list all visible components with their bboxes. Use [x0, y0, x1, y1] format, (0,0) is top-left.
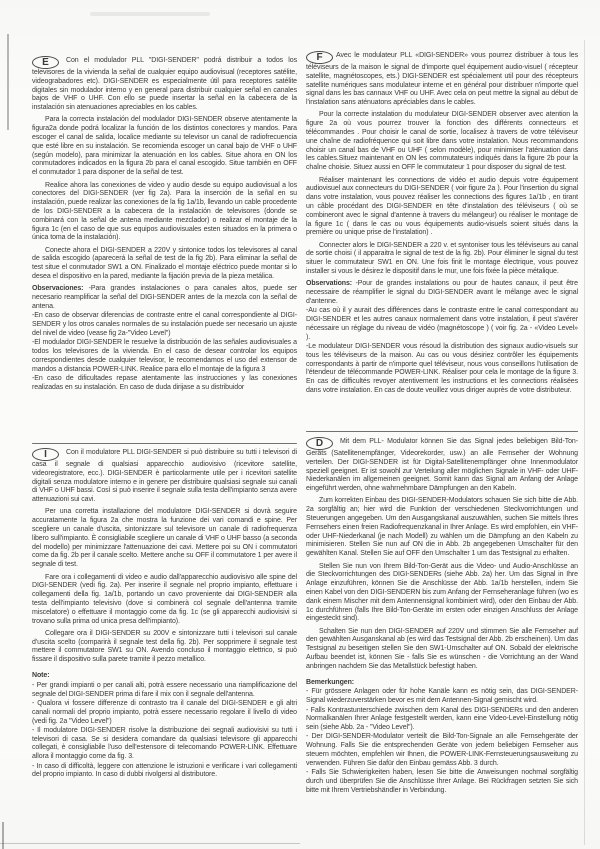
language-letter: I [44, 449, 47, 460]
note-item: - Für grössere Anlagen oder für hohe Kan… [306, 688, 578, 706]
scan-artifact-left-edge-bottom [2, 822, 4, 849]
note-item: - Der DIGI-SENDER-Modulator verteilt die… [306, 733, 578, 768]
section-spanish: ECon el modulador PLL "DIGI-SENDER" podr… [32, 56, 297, 393]
observations-paragraph: Observations: -Pour de grandes instalati… [306, 280, 578, 306]
observations-paragraph: Observaciones: -Para grandes instalacion… [32, 285, 297, 311]
paragraph-text: Con il modulatore PLL DIGI-SENDER si può… [32, 449, 297, 503]
paragraph: Zum korrekten Einbau des DIGI-SENDER-Mod… [306, 497, 578, 559]
paragraph: Connecter alors le DIGI-SENDER a 220 v. … [306, 242, 578, 277]
paragraph: ICon il modulatore PLL DIGI-SENDER si pu… [32, 448, 297, 505]
note-item: - In caso di difficoltà, leggere con att… [32, 763, 297, 781]
observation-item: -En caso de observar diferencias de cont… [32, 312, 297, 338]
observations-heading: Observations: [306, 280, 352, 287]
paragraph-text: Mit dem PLL- Modulator können Sie das Si… [306, 438, 578, 492]
observation-item: -En caso de dificultades repase atentame… [32, 375, 297, 393]
paragraph: Fare ora i collegamenti di video e audio… [32, 574, 297, 627]
scan-artifact-left-edge-top [7, 34, 9, 130]
language-badge-f: F [306, 51, 333, 64]
section-divider-left [32, 443, 297, 444]
scan-artifact-top-smudge [90, 12, 210, 16]
note-item: - Il modulatore DIGI-SENDER risolve la d… [32, 727, 297, 762]
note-item: - Qualora vi fossere differenze di contr… [32, 700, 297, 726]
observation-item: -Au cas où il y aurait des différences d… [306, 307, 578, 342]
section-divider-right [306, 431, 578, 432]
paragraph: DMit dem PLL- Modulator können Sie das S… [306, 437, 578, 494]
paragraph: ECon el modulador PLL "DIGI-SENDER" podr… [32, 56, 297, 113]
scan-artifact-bottom-line [0, 843, 300, 844]
paragraph: Realice ahora las conexiones de video y … [32, 182, 297, 244]
observation-item: -Le modulateur DIGI-SENDER vous résoud l… [306, 343, 578, 396]
paragraph: Per una corretta installazione del modul… [32, 508, 297, 570]
paragraph: Collegare ora il DIGI-SENDER su 200V e s… [32, 630, 297, 665]
paragraph-text: Avec le modulateur PLL «DIGI-SENDER» vou… [306, 52, 578, 106]
note-item: - Falls Sie Schwierigkeiten haben, lesen… [306, 769, 578, 795]
notes-heading: Note: [32, 672, 297, 681]
observations-heading: Observaciones: [32, 285, 83, 292]
language-badge-e: E [32, 56, 59, 69]
paragraph: Pour la correcte instalation du modulate… [306, 111, 578, 173]
language-letter: F [316, 52, 322, 63]
language-letter: D [316, 438, 323, 449]
note-item: - Falls Kontrastunterschiede zwischen de… [306, 707, 578, 733]
paragraph: Para la correcta instalación del modulad… [32, 116, 297, 178]
section-german: DMit dem PLL- Modulator können Sie das S… [306, 437, 578, 796]
scanned-manual-page: { "sections": { "spanish": { "letter": "… [0, 0, 600, 849]
language-letter: E [42, 57, 49, 68]
section-french: FAvec le modulateur PLL «DIGI-SENDER» vo… [306, 51, 578, 396]
note-item: - Per grandi impianti o per canali alti,… [32, 682, 297, 700]
language-badge-i: I [32, 448, 59, 461]
paragraph: Conecte ahora el DIGI-SENDER a 220V y si… [32, 247, 297, 282]
scan-artifact-right-edge [584, 40, 585, 845]
notes-heading: Bemerkungen: [306, 679, 578, 688]
paragraph: Réaliser maintenant les connections de v… [306, 177, 578, 239]
paragraph-text: Con el modulador PLL "DIGI-SENDER" podrá… [32, 57, 297, 111]
paragraph: Schalten Sie nun den DIGI-SENDER auf 220… [306, 628, 578, 672]
language-badge-d: D [306, 437, 333, 450]
paragraph: Stellen Sie nun von Ihrem Bild-Ton-Gerät… [306, 563, 578, 625]
observation-item: -El modulador DIGI-SENDER le resuelve la… [32, 339, 297, 374]
paragraph: FAvec le modulateur PLL «DIGI-SENDER» vo… [306, 51, 578, 108]
section-italian: ICon il modulatore PLL DIGI-SENDER si pu… [32, 448, 297, 781]
